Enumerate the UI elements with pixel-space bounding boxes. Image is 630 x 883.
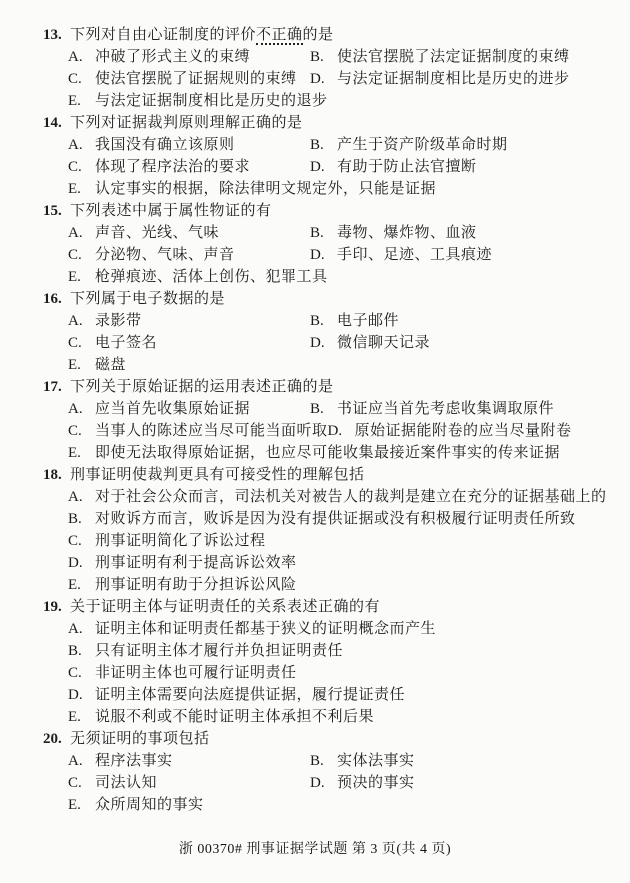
option-text: 认定事实的根据，除法律明文规定外，只能是证据 xyxy=(95,178,436,200)
question-stem: 下列关于原始证据的运用表述正确的是 xyxy=(70,376,602,398)
question-block: 17. 下列关于原始证据的运用表述正确的是 A.应当首先收集原始证据B.书证应当… xyxy=(43,376,602,464)
options-grid: A.录影带B.电子邮件C.电子签名D.微信聊天记录E.磁盘 xyxy=(68,310,602,376)
option-row: D.刑事证明有利于提高诉讼效率 xyxy=(68,552,602,574)
question-number: 20. xyxy=(43,728,70,750)
option-row: C.电子签名D.微信聊天记录 xyxy=(68,332,602,354)
option-text: 证明主体需要向法庭提供证据，履行提证责任 xyxy=(95,684,405,706)
option-text: 产生于资产阶级革命时期 xyxy=(337,134,508,156)
option-text: 书证应当首先考虑收集调取原件 xyxy=(337,398,554,420)
stem-emphasis: 不正确 xyxy=(256,27,303,45)
option-label: C. xyxy=(68,244,87,266)
option-item: A.证明主体和证明责任都基于狭义的证明概念而产生 xyxy=(68,618,436,640)
option-row: E.磁盘 xyxy=(68,354,602,376)
option-row: A.我国没有确立该原则B.产生于资产阶级革命时期 xyxy=(68,134,602,156)
option-text: 对败诉方而言，败诉是因为没有提供证据或没有积极履行证明责任所致 xyxy=(95,508,576,530)
option-item: D.微信聊天记录 xyxy=(310,332,430,354)
option-text: 枪弹痕迹、活体上创伤、犯罪工具 xyxy=(95,266,328,288)
option-item: A.我国没有确立该原则 xyxy=(68,134,310,156)
question-stem: 刑事证明使裁判更具有可接受性的理解包括 xyxy=(70,464,602,486)
option-item: B.书证应当首先考虑收集调取原件 xyxy=(310,398,554,420)
option-label: A. xyxy=(68,486,87,508)
option-item: C.体现了程序法治的要求 xyxy=(68,156,310,178)
option-label: A. xyxy=(68,310,87,332)
option-item: B.只有证明主体才履行并负担证明责任 xyxy=(68,640,343,662)
option-label: C. xyxy=(68,156,87,178)
option-item: D.与法定证据制度相比是历史的进步 xyxy=(310,68,570,90)
option-item: B.使法官摆脱了法定证据制度的束缚 xyxy=(310,46,570,68)
option-label: D. xyxy=(68,552,87,574)
option-text: 我国没有确立该原则 xyxy=(95,134,235,156)
option-label: C. xyxy=(68,662,87,684)
option-label: B. xyxy=(310,46,329,68)
question-stem-row: 15. 下列表述中属于属性物证的有 xyxy=(43,200,602,222)
option-row: A.证明主体和证明责任都基于狭义的证明概念而产生 xyxy=(68,618,602,640)
option-label: E. xyxy=(68,90,87,112)
question-block: 19. 关于证明主体与证明责任的关系表述正确的有 A.证明主体和证明责任都基于狭… xyxy=(43,596,602,728)
option-text: 应当首先收集原始证据 xyxy=(95,398,250,420)
option-label: C. xyxy=(68,530,87,552)
option-text: 分泌物、气味、声音 xyxy=(95,244,235,266)
option-label: E. xyxy=(68,574,87,596)
option-label: B. xyxy=(68,508,87,530)
option-text: 刑事证明有利于提高诉讼效率 xyxy=(95,552,297,574)
option-text: 冲破了形式主义的束缚 xyxy=(95,46,250,68)
option-item: A.录影带 xyxy=(68,310,310,332)
option-text: 众所周知的事实 xyxy=(95,794,204,816)
option-row: A.应当首先收集原始证据B.书证应当首先考虑收集调取原件 xyxy=(68,398,602,420)
option-item: C.非证明主体也可履行证明责任 xyxy=(68,662,297,684)
option-item: E.说服不利或不能时证明主体承担不利后果 xyxy=(68,706,374,728)
option-item: B.对败诉方而言，败诉是因为没有提供证据或没有积极履行证明责任所致 xyxy=(68,508,576,530)
option-row: C.非证明主体也可履行证明责任 xyxy=(68,662,602,684)
option-item: D.证明主体需要向法庭提供证据，履行提证责任 xyxy=(68,684,405,706)
question-stem: 关于证明主体与证明责任的关系表述正确的有 xyxy=(70,596,602,618)
option-label: B. xyxy=(310,222,329,244)
option-text: 当事人的陈述应当尽可能当面听取 xyxy=(95,420,328,442)
question-block: 18. 刑事证明使裁判更具有可接受性的理解包括 A.对于社会公众而言，司法机关对… xyxy=(43,464,602,596)
option-row: D.证明主体需要向法庭提供证据，履行提证责任 xyxy=(68,684,602,706)
question-number: 17. xyxy=(43,376,70,398)
option-label: B. xyxy=(68,640,87,662)
question-stem-row: 19. 关于证明主体与证明责任的关系表述正确的有 xyxy=(43,596,602,618)
option-text: 与法定证据制度相比是历史的进步 xyxy=(337,68,570,90)
question-number: 16. xyxy=(43,288,70,310)
question-stem-row: 14. 下列对证据裁判原则理解正确的是 xyxy=(43,112,602,134)
option-item: C.使法官摆脱了证据规则的束缚 xyxy=(68,68,310,90)
question-stem: 下列对证据裁判原则理解正确的是 xyxy=(70,112,602,134)
option-text: 体现了程序法治的要求 xyxy=(95,156,250,178)
option-text: 录影带 xyxy=(95,310,142,332)
question-number: 15. xyxy=(43,200,70,222)
option-text: 预决的事实 xyxy=(337,772,415,794)
exam-page: 13. 下列对自由心证制度的评价不正确的是 A.冲破了形式主义的束缚B.使法官摆… xyxy=(0,0,630,883)
option-item: B.电子邮件 xyxy=(310,310,399,332)
option-label: D. xyxy=(310,156,329,178)
option-row: C.使法官摆脱了证据规则的束缚D.与法定证据制度相比是历史的进步 xyxy=(68,68,602,90)
question-stem-row: 16. 下列属于电子数据的是 xyxy=(43,288,602,310)
question-stem: 无须证明的事项包括 xyxy=(70,728,602,750)
option-text: 只有证明主体才履行并负担证明责任 xyxy=(95,640,343,662)
option-text: 司法认知 xyxy=(95,772,157,794)
option-row: E.枪弹痕迹、活体上创伤、犯罪工具 xyxy=(68,266,602,288)
option-label: C. xyxy=(68,772,87,794)
option-text: 使法官摆脱了法定证据制度的束缚 xyxy=(337,46,570,68)
option-row: E.众所周知的事实 xyxy=(68,794,602,816)
question-block: 13. 下列对自由心证制度的评价不正确的是 A.冲破了形式主义的束缚B.使法官摆… xyxy=(43,24,602,112)
options-grid: A.对于社会公众而言，司法机关对被告人的裁判是建立在充分的证据基础上的B.对败诉… xyxy=(68,486,602,596)
option-item: E.与法定证据制度相比是历史的退步 xyxy=(68,90,328,112)
question-block: 20. 无须证明的事项包括 A.程序法事实B.实体法事实C.司法认知D.预决的事… xyxy=(43,728,602,816)
option-label: A. xyxy=(68,222,87,244)
option-label: D. xyxy=(328,420,347,442)
option-label: D. xyxy=(310,772,329,794)
option-item: A.声音、光线、气味 xyxy=(68,222,310,244)
option-label: B. xyxy=(310,134,329,156)
options-grid: A.冲破了形式主义的束缚B.使法官摆脱了法定证据制度的束缚C.使法官摆脱了证据规… xyxy=(68,46,602,112)
option-label: D. xyxy=(310,244,329,266)
option-label: E. xyxy=(68,178,87,200)
option-item: D.手印、足迹、工具痕迹 xyxy=(310,244,492,266)
option-label: E. xyxy=(68,442,87,464)
option-item: E.认定事实的根据，除法律明文规定外，只能是证据 xyxy=(68,178,436,200)
option-item: B.实体法事实 xyxy=(310,750,415,772)
option-row: E.说服不利或不能时证明主体承担不利后果 xyxy=(68,706,602,728)
option-text: 声音、光线、气味 xyxy=(95,222,219,244)
option-label: E. xyxy=(68,706,87,728)
option-label: E. xyxy=(68,266,87,288)
option-item: C.刑事证明简化了诉讼过程 xyxy=(68,530,266,552)
option-item: A.对于社会公众而言，司法机关对被告人的裁判是建立在充分的证据基础上的 xyxy=(68,486,607,508)
option-label: D. xyxy=(310,332,329,354)
question-stem-row: 20. 无须证明的事项包括 xyxy=(43,728,602,750)
option-text: 实体法事实 xyxy=(337,750,415,772)
question-stem-row: 13. 下列对自由心证制度的评价不正确的是 xyxy=(43,24,602,46)
option-item: E.众所周知的事实 xyxy=(68,794,204,816)
option-item: D.预决的事实 xyxy=(310,772,415,794)
option-row: C.分泌物、气味、声音D.手印、足迹、工具痕迹 xyxy=(68,244,602,266)
option-text: 使法官摆脱了证据规则的束缚 xyxy=(95,68,297,90)
question-number: 14. xyxy=(43,112,70,134)
question-stem-row: 17. 下列关于原始证据的运用表述正确的是 xyxy=(43,376,602,398)
question-number: 13. xyxy=(43,24,70,46)
stem-text: 的是 xyxy=(303,27,334,43)
option-text: 有助于防止法官擅断 xyxy=(337,156,477,178)
option-label: A. xyxy=(68,398,87,420)
option-item: B.毒物、爆炸物、血液 xyxy=(310,222,477,244)
option-item: E.刑事证明有助于分担诉讼风险 xyxy=(68,574,297,596)
option-item: A.应当首先收集原始证据 xyxy=(68,398,310,420)
option-item: C.分泌物、气味、声音 xyxy=(68,244,310,266)
option-text: 程序法事实 xyxy=(95,750,173,772)
option-item: C.当事人的陈述应当尽可能当面听取 xyxy=(68,420,328,442)
options-grid: A.证明主体和证明责任都基于狭义的证明概念而产生B.只有证明主体才履行并负担证明… xyxy=(68,618,602,728)
option-label: B. xyxy=(310,398,329,420)
option-row: C.当事人的陈述应当尽可能当面听取D.原始证据能附卷的应当尽量附卷 xyxy=(68,420,602,442)
option-label: C. xyxy=(68,332,87,354)
question-list: 13. 下列对自由心证制度的评价不正确的是 A.冲破了形式主义的束缚B.使法官摆… xyxy=(43,24,602,816)
option-row: C.刑事证明简化了诉讼过程 xyxy=(68,530,602,552)
option-text: 毒物、爆炸物、血液 xyxy=(337,222,477,244)
option-text: 微信聊天记录 xyxy=(337,332,430,354)
option-text: 对于社会公众而言，司法机关对被告人的裁判是建立在充分的证据基础上的 xyxy=(95,486,607,508)
question-block: 16. 下列属于电子数据的是 A.录影带B.电子邮件C.电子签名D.微信聊天记录… xyxy=(43,288,602,376)
option-item: B.产生于资产阶级革命时期 xyxy=(310,134,508,156)
option-label: E. xyxy=(68,794,87,816)
footer-text: 浙 00370# 刑事证据学试题 第 3 页(共 4 页) xyxy=(179,842,451,857)
option-row: E.认定事实的根据，除法律明文规定外，只能是证据 xyxy=(68,178,602,200)
option-text: 电子签名 xyxy=(95,332,157,354)
option-row: C.体现了程序法治的要求D.有助于防止法官擅断 xyxy=(68,156,602,178)
option-row: A.冲破了形式主义的束缚B.使法官摆脱了法定证据制度的束缚 xyxy=(68,46,602,68)
option-item: C.司法认知 xyxy=(68,772,310,794)
option-text: 电子邮件 xyxy=(337,310,399,332)
question-stem: 下列属于电子数据的是 xyxy=(70,288,602,310)
option-label: D. xyxy=(310,68,329,90)
option-item: E.枪弹痕迹、活体上创伤、犯罪工具 xyxy=(68,266,328,288)
option-text: 说服不利或不能时证明主体承担不利后果 xyxy=(95,706,374,728)
stem-text: 下列对自由心证制度的评价 xyxy=(70,27,256,43)
option-label: A. xyxy=(68,46,87,68)
option-label: C. xyxy=(68,420,87,442)
option-label: B. xyxy=(310,310,329,332)
page-footer: 浙 00370# 刑事证据学试题 第 3 页(共 4 页) xyxy=(0,838,630,858)
option-label: A. xyxy=(68,134,87,156)
option-text: 刑事证明简化了诉讼过程 xyxy=(95,530,266,552)
option-item: D.刑事证明有利于提高诉讼效率 xyxy=(68,552,297,574)
question-stem: 下列对自由心证制度的评价不正确的是 xyxy=(70,24,602,46)
option-text: 刑事证明有助于分担诉讼风险 xyxy=(95,574,297,596)
option-label: E. xyxy=(68,354,87,376)
option-row: E.刑事证明有助于分担诉讼风险 xyxy=(68,574,602,596)
options-grid: A.程序法事实B.实体法事实C.司法认知D.预决的事实E.众所周知的事实 xyxy=(68,750,602,816)
option-text: 非证明主体也可履行证明责任 xyxy=(95,662,297,684)
option-row: B.只有证明主体才履行并负担证明责任 xyxy=(68,640,602,662)
question-number: 18. xyxy=(43,464,70,486)
option-label: B. xyxy=(310,750,329,772)
option-item: E.即使无法取得原始证据，也应尽可能收集最接近案件事实的传来证据 xyxy=(68,442,560,464)
question-block: 14. 下列对证据裁判原则理解正确的是 A.我国没有确立该原则B.产生于资产阶级… xyxy=(43,112,602,200)
option-row: C.司法认知D.预决的事实 xyxy=(68,772,602,794)
option-label: D. xyxy=(68,684,87,706)
option-row: A.对于社会公众而言，司法机关对被告人的裁判是建立在充分的证据基础上的 xyxy=(68,486,602,508)
option-row: A.录影带B.电子邮件 xyxy=(68,310,602,332)
option-item: A.冲破了形式主义的束缚 xyxy=(68,46,310,68)
option-row: B.对败诉方而言，败诉是因为没有提供证据或没有积极履行证明责任所致 xyxy=(68,508,602,530)
option-label: C. xyxy=(68,68,87,90)
option-text: 与法定证据制度相比是历史的退步 xyxy=(95,90,328,112)
option-row: E.即使无法取得原始证据，也应尽可能收集最接近案件事实的传来证据 xyxy=(68,442,602,464)
option-item: A.程序法事实 xyxy=(68,750,310,772)
option-label: A. xyxy=(68,618,87,640)
question-stem: 下列表述中属于属性物证的有 xyxy=(70,200,602,222)
option-row: A.声音、光线、气味B.毒物、爆炸物、血液 xyxy=(68,222,602,244)
options-grid: A.应当首先收集原始证据B.书证应当首先考虑收集调取原件C.当事人的陈述应当尽可… xyxy=(68,398,602,464)
option-item: C.电子签名 xyxy=(68,332,310,354)
option-text: 磁盘 xyxy=(95,354,126,376)
question-number: 19. xyxy=(43,596,70,618)
question-stem-row: 18. 刑事证明使裁判更具有可接受性的理解包括 xyxy=(43,464,602,486)
option-text: 手印、足迹、工具痕迹 xyxy=(337,244,492,266)
options-grid: A.声音、光线、气味B.毒物、爆炸物、血液C.分泌物、气味、声音D.手印、足迹、… xyxy=(68,222,602,288)
question-block: 15. 下列表述中属于属性物证的有 A.声音、光线、气味B.毒物、爆炸物、血液C… xyxy=(43,200,602,288)
options-grid: A.我国没有确立该原则B.产生于资产阶级革命时期C.体现了程序法治的要求D.有助… xyxy=(68,134,602,200)
option-text: 即使无法取得原始证据，也应尽可能收集最接近案件事实的传来证据 xyxy=(95,442,560,464)
option-text: 证明主体和证明责任都基于狭义的证明概念而产生 xyxy=(95,618,436,640)
option-text: 原始证据能附卷的应当尽量附卷 xyxy=(355,420,572,442)
option-row: A.程序法事实B.实体法事实 xyxy=(68,750,602,772)
option-item: D.原始证据能附卷的应当尽量附卷 xyxy=(328,420,572,442)
option-label: A. xyxy=(68,750,87,772)
option-item: D.有助于防止法官擅断 xyxy=(310,156,477,178)
option-row: E.与法定证据制度相比是历史的退步 xyxy=(68,90,602,112)
option-item: E.磁盘 xyxy=(68,354,126,376)
